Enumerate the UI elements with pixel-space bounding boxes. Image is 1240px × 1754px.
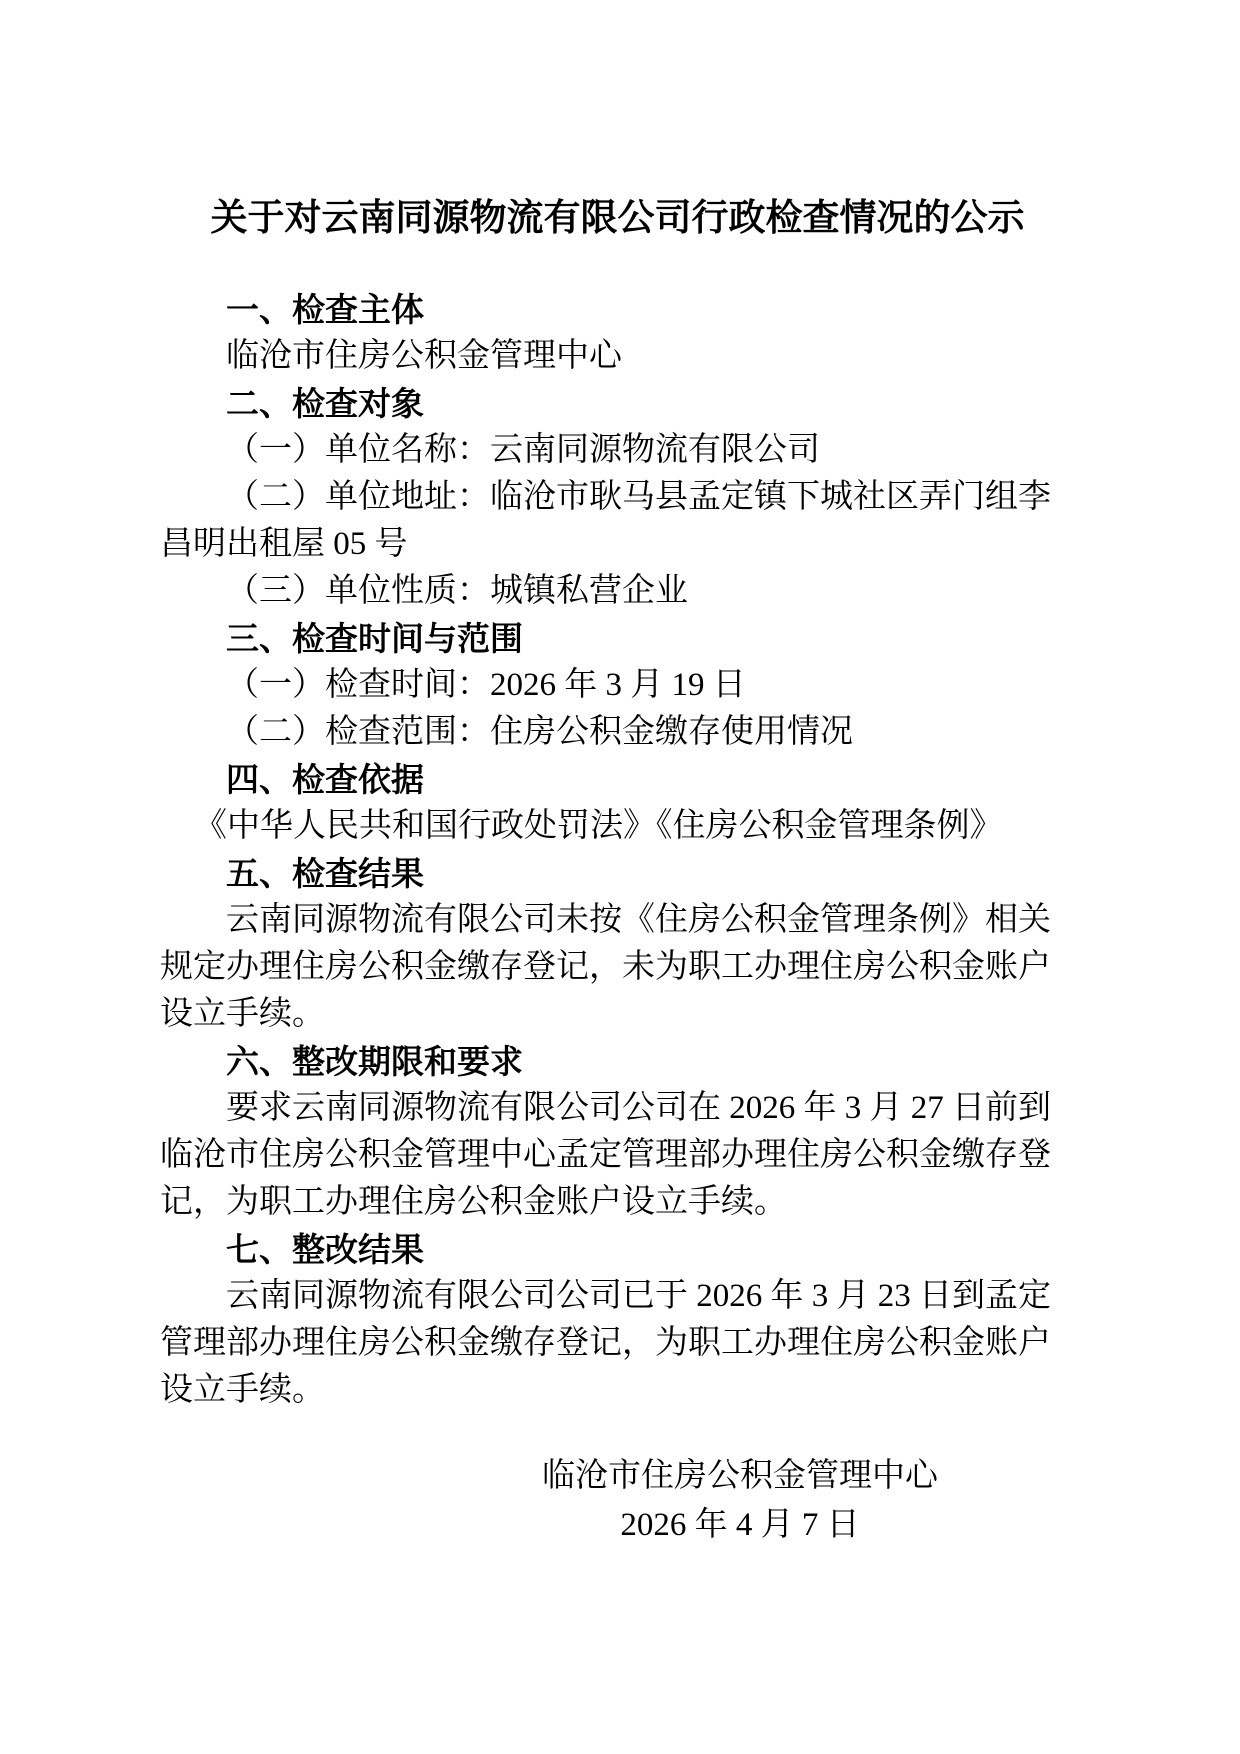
line-unit-name: （一）单位名称：云南同源物流有限公司 — [160, 427, 1075, 474]
line-rectify-req-2: 临沧市住房公积金管理中心孟定管理部办理住房公积金缴存登 — [160, 1132, 1075, 1179]
line-rectify-result-1: 云南同源物流有限公司公司已于 2026 年 3 月 23 日到孟定 — [160, 1273, 1075, 1320]
line-rectify-result-2: 管理部办理住房公积金缴存登记，为职工办理住房公积金账户 — [160, 1320, 1075, 1367]
line-inspection-scope: （二）检查范围：住房公积金缴存使用情况 — [160, 709, 1075, 756]
heading-inspection-basis: 四、检查依据 — [160, 756, 1075, 803]
document-page: 关于对云南同源物流有限公司行政检查情况的公示 一、检查主体 临沧市住房公积金管理… — [0, 0, 1240, 1754]
heading-rectification-result: 七、整改结果 — [160, 1226, 1075, 1273]
line-unit-address-2: 昌明出租屋 05 号 — [160, 521, 1075, 568]
line-result-3: 设立手续。 — [160, 991, 1075, 1038]
document-body: 一、检查主体 临沧市住房公积金管理中心 二、检查对象 （一）单位名称：云南同源物… — [160, 286, 1075, 1550]
line-unit-address-1: （二）单位地址：临沧市耿马县孟定镇下城社区弄门组李 — [160, 474, 1075, 521]
line-result-2: 规定办理住房公积金缴存登记，未为职工办理住房公积金账户 — [160, 944, 1075, 991]
heading-inspection-time-scope: 三、检查时间与范围 — [160, 615, 1075, 662]
line-inspection-date: （一）检查时间：2026 年 3 月 19 日 — [160, 662, 1075, 709]
signature-date: 2026 年 4 月 7 日 — [300, 1501, 1180, 1550]
signature-block: 临沧市住房公积金管理中心 2026 年 4 月 7 日 — [300, 1452, 1180, 1550]
line-legal-basis: 《中华人民共和国行政处罚法》《住房公积金管理条例》 — [160, 803, 1075, 850]
line-rectify-req-1: 要求云南同源物流有限公司公司在 2026 年 3 月 27 日前到 — [160, 1085, 1075, 1132]
heading-inspection-target: 二、检查对象 — [160, 380, 1075, 427]
signature-org: 临沧市住房公积金管理中心 — [300, 1452, 1180, 1501]
line-unit-nature: （三）单位性质：城镇私营企业 — [160, 568, 1075, 615]
document-content: 关于对云南同源物流有限公司行政检查情况的公示 一、检查主体 临沧市住房公积金管理… — [0, 0, 1240, 1550]
line-inspector-name: 临沧市住房公积金管理中心 — [160, 333, 1075, 380]
heading-rectification-deadline: 六、整改期限和要求 — [160, 1038, 1075, 1085]
heading-inspection-result: 五、检查结果 — [160, 850, 1075, 897]
line-result-1: 云南同源物流有限公司未按《住房公积金管理条例》相关 — [160, 897, 1075, 944]
line-rectify-result-3: 设立手续。 — [160, 1367, 1075, 1414]
heading-inspection-subject: 一、检查主体 — [160, 286, 1075, 333]
line-rectify-req-3: 记，为职工办理住房公积金账户设立手续。 — [160, 1179, 1075, 1226]
document-title: 关于对云南同源物流有限公司行政检查情况的公示 — [160, 195, 1075, 243]
